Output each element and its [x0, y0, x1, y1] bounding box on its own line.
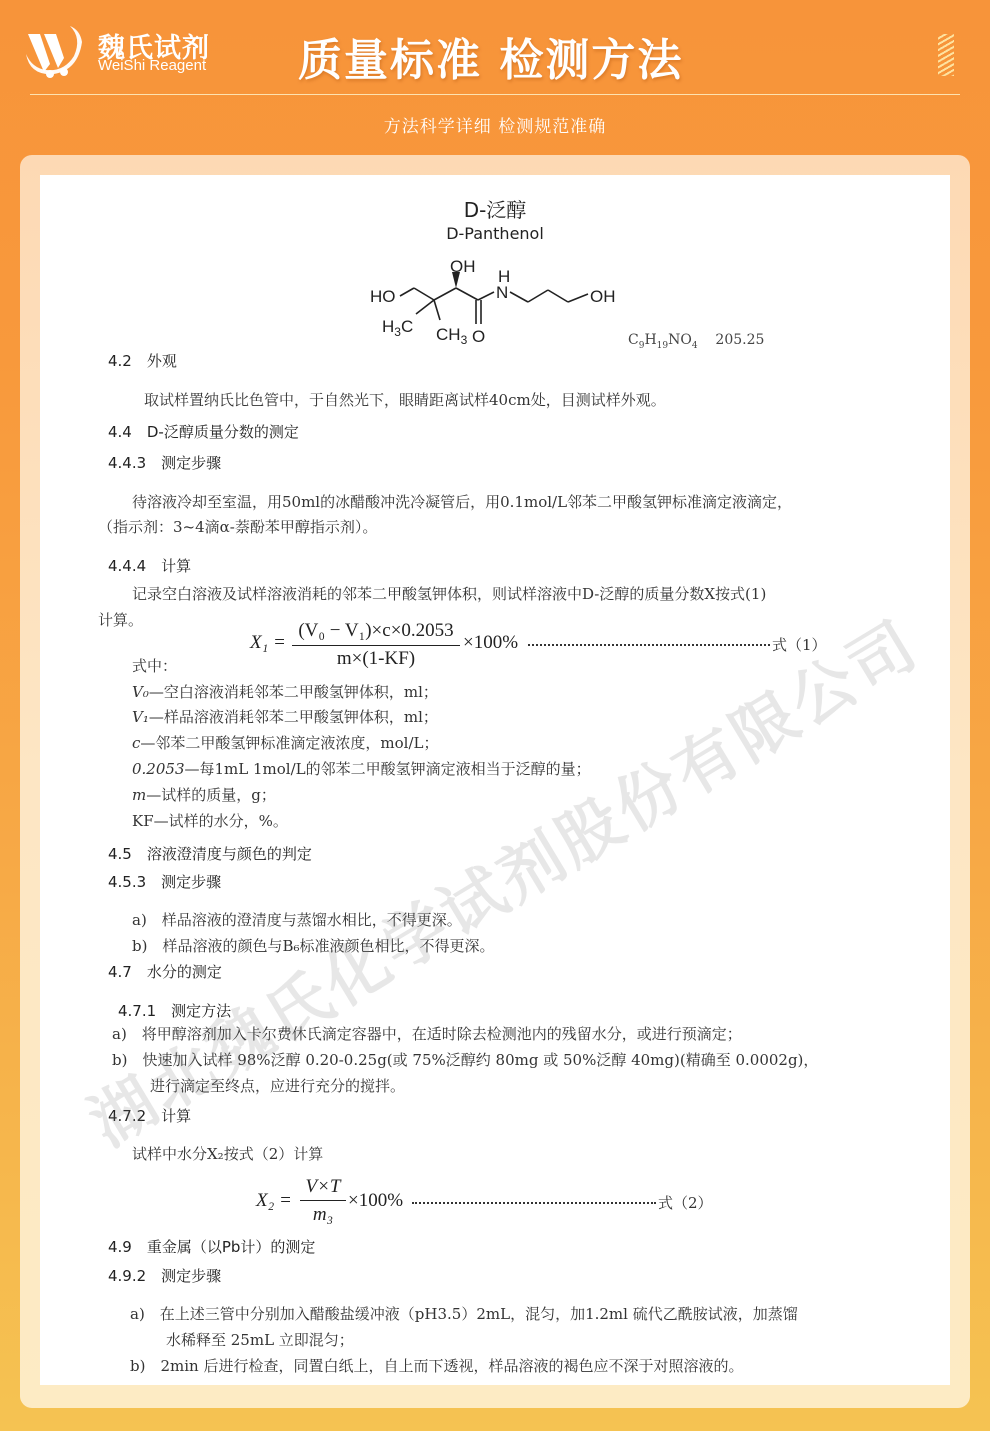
logo-text-en: WeiShi Reagent — [98, 57, 206, 74]
equation-1-leader-dots — [528, 644, 770, 646]
brand-logo: 魏氏试剂 WeiShi Reagent — [20, 20, 220, 80]
section-heading-4-4-4: 4.4.4 计算 — [108, 555, 191, 576]
equation-2-fraction-bar — [300, 1200, 346, 1201]
definition-kf: KF—试样的水分，%。 — [132, 810, 288, 831]
equation-1-denominator: m×(1-KF) — [290, 648, 462, 670]
compound-name-cn: D-泛醇 — [0, 194, 990, 223]
svg-text:OH: OH — [590, 287, 616, 306]
header-divider — [30, 94, 960, 95]
list-item-4-9-2-a-line1: a) 在上述三管中分别加入醋酸盐缓冲液（pH3.5）2mL，混匀，加1.2ml … — [130, 1303, 798, 1324]
section-text-4-4-3-line2: （指示剂：3~4滴α-萘酚苯甲醇指示剂）。 — [98, 516, 377, 537]
chemical-structure-image: HO H3C CH3 OH O N H OH — [368, 258, 624, 348]
definition-v0: V₀—空白溶液消耗邻苯二甲酸氢钾体积，ml； — [132, 681, 438, 702]
svg-text:H3C: H3C — [382, 317, 413, 339]
definition-c: c—邻苯二甲酸氢钾标准滴定液浓度，mol/L； — [132, 732, 438, 753]
list-item-4-7-1-a: a) 将甲醇溶剂加入卡尔费休氏滴定容器中，在适时除去检测池内的残留水分，或进行预… — [112, 1023, 742, 1044]
section-heading-4-9-2: 4.9.2 测定步骤 — [108, 1265, 221, 1286]
definition-m: m—试样的质量，g； — [132, 784, 276, 805]
section-text-4-4-4-line2: 计算。 — [98, 609, 143, 630]
equation-2-denominator: m₃ — [298, 1204, 348, 1226]
compound-name-en: D-Panthenol — [0, 224, 990, 243]
section-heading-4-4-3: 4.4.3 测定步骤 — [108, 452, 221, 473]
where-label: 式中： — [132, 655, 177, 676]
equation-1-lhs: X₁ = — [250, 632, 286, 654]
equation-2-leader-dots — [412, 1202, 656, 1204]
equation-1-label: 式（1） — [772, 634, 827, 655]
definition-constant: 0.2053—每1mL 1mol/L的邻苯二甲酸氢钾滴定液相当于泛醇的量； — [132, 758, 591, 779]
list-item-4-5-3-a: a) 样品溶液的澄清度与蒸馏水相比，不得更深。 — [132, 909, 462, 930]
weishi-logo-icon — [20, 24, 92, 80]
section-text-4-4-4-line1: 记录空白溶液及试样溶液消耗的邻苯二甲酸氢钾体积，则试样溶液中D-泛醇的质量分数X… — [132, 583, 766, 604]
equation-2-lhs: X₂ = — [256, 1190, 292, 1212]
definition-v1: V₁—样品溶液消耗邻苯二甲酸氢钾体积，ml； — [132, 706, 438, 727]
equation-1-numerator: (V₀ − V₁)×c×0.2053 — [290, 620, 462, 642]
svg-text:CH3: CH3 — [436, 325, 468, 347]
svg-text:HO: HO — [370, 287, 396, 306]
equation-2-tail: ×100% — [348, 1190, 403, 1212]
equation-1-tail: ×100% — [463, 632, 518, 654]
section-heading-4-5-3: 4.5.3 测定步骤 — [108, 871, 221, 892]
list-item-4-7-1-b-line1: b) 快速加入试样 98%泛醇 0.20-0.25g(或 75%泛醇约 80mg… — [112, 1049, 818, 1070]
section-heading-4-7-2: 4.7.2 计算 — [108, 1105, 191, 1126]
page-subtitle: 方法科学详细 检测规范准确 — [0, 112, 990, 137]
list-item-4-9-2-b: b) 2min 后进行检查，同置白纸上，自上而下透视，样品溶液的褐色应不深于对照… — [130, 1355, 743, 1376]
section-heading-4-7: 4.7 水分的测定 — [108, 961, 222, 982]
section-text-4-4-3-line1: 待溶液冷却至室温，用50ml的冰醋酸冲洗冷凝管后，用0.1mol/L邻苯二甲酸氢… — [132, 491, 792, 512]
equation-1-fraction-bar — [292, 645, 460, 646]
section-heading-4-5: 4.5 溶液澄清度与颜色的判定 — [108, 843, 312, 864]
list-item-4-7-1-b-line2: 进行滴定至终点，应进行充分的搅拌。 — [150, 1075, 405, 1096]
molecular-formula: C9H19NO4 205.25 — [628, 332, 764, 351]
section-heading-4-4: 4.4 D-泛醇质量分数的测定 — [108, 421, 299, 442]
molecular-weight: 205.25 — [715, 332, 764, 348]
decorative-stripes-icon — [938, 34, 954, 76]
equation-2-numerator: V×T — [298, 1176, 348, 1198]
section-text-4-7-2: 试样中水分X₂按式（2）计算 — [132, 1143, 323, 1164]
section-heading-4-2: 4.2 外观 — [108, 350, 177, 371]
section-heading-4-9: 4.9 重金属（以Pb计）的测定 — [108, 1236, 315, 1257]
list-item-4-9-2-a-line2: 水稀释至 25mL 立即混匀； — [166, 1329, 354, 1350]
section-text-4-2: 取试样置纳氏比色管中，于自然光下，眼睛距离试样40cm处，目测试样外观。 — [144, 389, 666, 410]
svg-text:H: H — [498, 267, 510, 286]
list-item-4-5-3-b: b) 样品溶液的颜色与B₆标准液颜色相比，不得更深。 — [132, 935, 495, 956]
page-title: 质量标准 检测方法 — [298, 24, 683, 88]
equation-2-label: 式（2） — [658, 1192, 713, 1213]
svg-text:OH: OH — [450, 258, 476, 276]
svg-text:O: O — [472, 327, 485, 346]
section-heading-4-7-1: 4.7.1 测定方法 — [118, 1000, 231, 1021]
